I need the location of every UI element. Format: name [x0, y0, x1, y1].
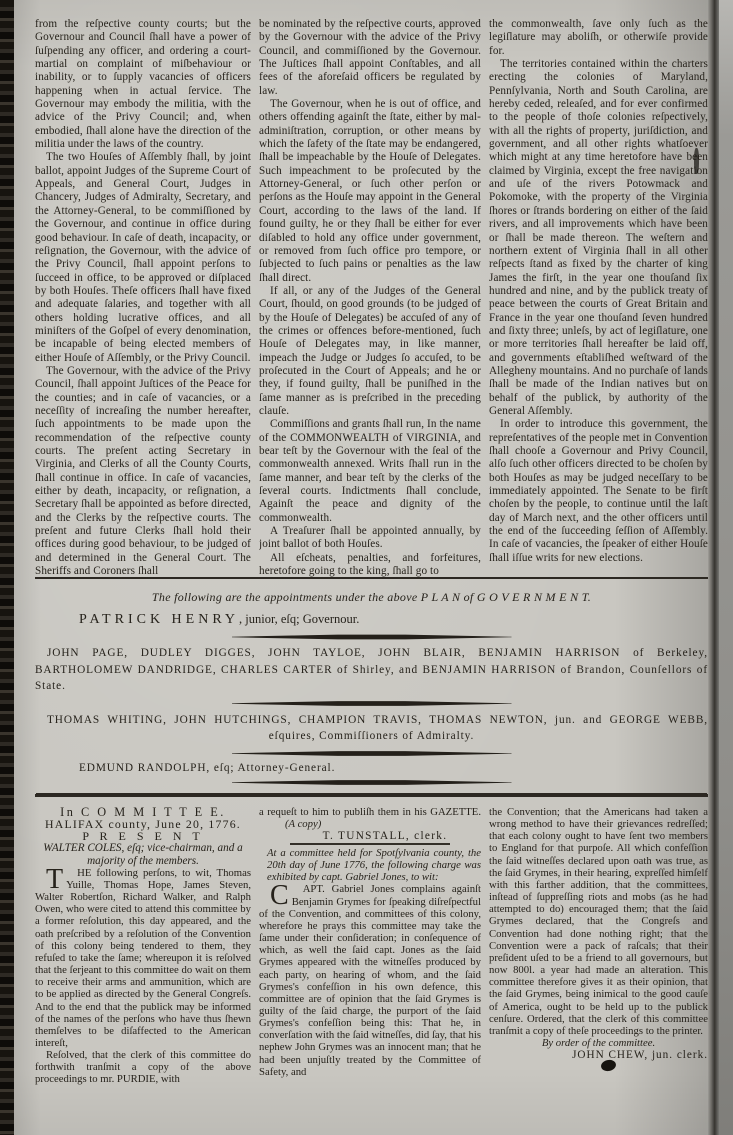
by-order-line: By order of the committee.	[489, 1037, 708, 1049]
scanned-page: from the reſpective county courts; but t…	[0, 0, 733, 1135]
ink-blot	[694, 148, 699, 174]
attorney-general-appointment: EDMUND RANDOLPH, eſq; Attorney-General.	[35, 762, 708, 774]
signature-underline-rule	[290, 843, 450, 845]
swelled-rule-divider	[232, 751, 512, 757]
swelled-rule-divider	[232, 634, 512, 640]
appointments-heading: The following are the appointments under…	[35, 590, 708, 605]
present-names: WALTER COLES, eſq; vice-chairman, and a …	[35, 842, 251, 866]
paragraph: The two Houſes of Aſſembly ſhall, by joi…	[35, 151, 251, 365]
spotsylvania-committee-heading: At a committee held for Spotſylvania cou…	[259, 847, 481, 883]
book-binding-shadow	[708, 0, 719, 1135]
paragraph: The Governour, when he is out of office,…	[259, 98, 481, 285]
copy-note: (A copy)	[259, 818, 321, 830]
present-heading: P R E S E N T	[35, 830, 251, 842]
book-edge-left	[0, 0, 14, 1135]
section-divider-rule	[35, 577, 708, 579]
clerk-signature: JOHN CHEW, jun. clerk.	[489, 1049, 708, 1061]
governor-title: , junior, eſq; Governour.	[239, 612, 359, 626]
paragraph: In order to introduce this government, t…	[489, 418, 708, 565]
paragraph: Reſolved, that the clerk of this committ…	[35, 1049, 251, 1085]
paragraph: Commiſſions and grants ſhall run, In the…	[259, 418, 481, 525]
clerk-signature: T. TUNSTALL, clerk.	[259, 830, 481, 842]
appointments-section: The following are the appointments under…	[35, 586, 708, 792]
paragraph: All eſcheats, penalties, and forfeitures…	[259, 552, 481, 579]
continuation-text: a requeſt to him to publiſh them in his …	[259, 806, 481, 818]
counsellors-appointment: JOHN PAGE, DUDLEY DIGGES, JOHN TAYLOE, J…	[35, 645, 708, 695]
column-bottom-left: In C O M M I T T E E. HALIFAX county, Ju…	[35, 806, 251, 1135]
swelled-rule-divider	[232, 701, 512, 707]
paragraph: from the reſpective county courts; but t…	[35, 18, 251, 151]
paragraph: a requeſt to him to publiſh them in his …	[259, 806, 481, 830]
paragraph: the Convention; that the Americans had t…	[489, 806, 708, 1037]
admiralty-appointment: THOMAS WHITING, JOHN HUTCHINGS, CHAMPION…	[35, 712, 708, 745]
paragraph: The territories contained within the cha…	[489, 58, 708, 418]
column-bottom-middle: a requeſt to him to publiſh them in his …	[259, 806, 481, 1135]
governor-name: PATRICK HENRY	[79, 612, 239, 627]
paragraph: the commonwealth, ſave only ſuch as the …	[489, 18, 708, 58]
section-divider-rule-thick	[35, 794, 708, 797]
paragraph: be nominated by the reſpective courts, a…	[259, 18, 481, 98]
paragraph: The Governour, with the advice of the Pr…	[35, 365, 251, 579]
column-top-left: from the reſpective county courts; but t…	[35, 18, 251, 580]
column-bottom-right: the Convention; that the Americans had t…	[489, 806, 708, 1135]
column-top-right: the commonwealth, ſave only ſuch as the …	[489, 18, 708, 580]
paragraph: THE following perſons, to wit, Thomas Yu…	[35, 867, 251, 1049]
paragraph: CAPT. Gabriel Jones complains againſt Be…	[259, 883, 481, 1078]
accounts-commissioners-appointment: THOMAS EVERARD, and JAMES COCKE, eſquire…	[35, 791, 708, 793]
paragraph: A Treaſurer ſhall be appointed annually,…	[259, 525, 481, 552]
column-top-middle: be nominated by the reſpective courts, a…	[259, 18, 481, 580]
governor-appointment: PATRICK HENRY, junior, eſq; Governour.	[35, 612, 708, 628]
swelled-rule-divider	[232, 780, 512, 786]
paragraph: If all, or any of the Judges of the Gene…	[259, 285, 481, 418]
book-edge-right	[719, 0, 733, 1135]
